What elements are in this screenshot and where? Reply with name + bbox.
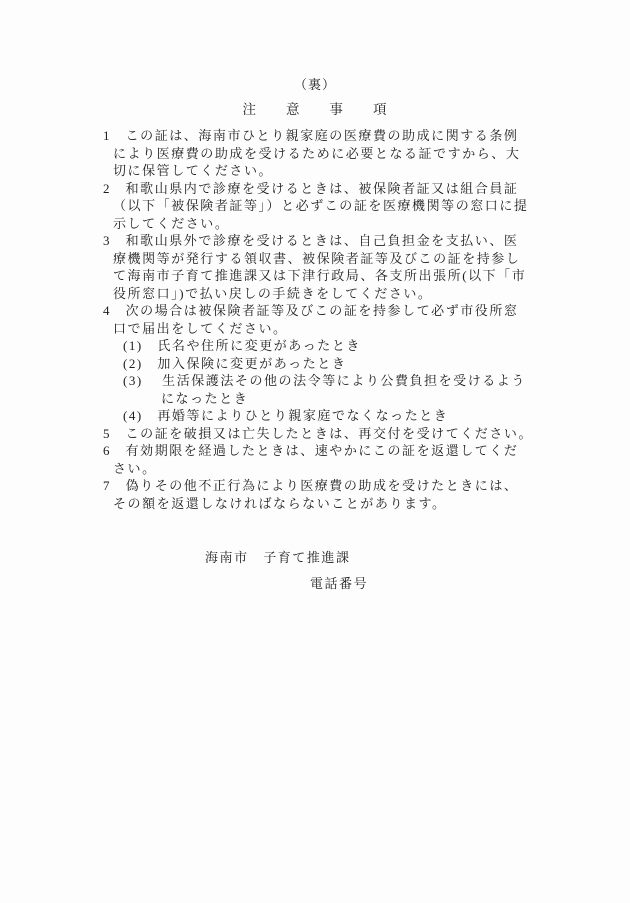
text-line: 6 有効期限を経過したときは、速やかにこの証を返還してくだ [103, 442, 573, 460]
notes-body: 1 この証は、海南市ひとり親家庭の医療費の助成に関する条例により医療費の助成を受… [103, 127, 573, 512]
text-line: 7 偽りその他不正行為により医療費の助成を受けたときには、 [103, 477, 573, 495]
document-page: （裏） 注 意 事 項 1 この証は、海南市ひとり親家庭の医療費の助成に関する条… [0, 0, 630, 903]
text-line: 役所窓口」)で払い戻しの手続きをしてください。 [113, 285, 573, 303]
text-line: 示してください。 [113, 215, 573, 233]
text-line: (1) 氏名や住所に変更があったとき [123, 337, 573, 355]
text-line: 2 和歌山県内で診療を受けるときは、被保険者証又は組合員証 [103, 180, 573, 198]
text-line: 1 この証は、海南市ひとり親家庭の医療費の助成に関する条例 [103, 127, 573, 145]
text-line: 切に保管してください。 [113, 162, 573, 180]
side-label: （裏） [0, 74, 630, 93]
text-line: になったとき [161, 390, 573, 408]
text-line: その額を返還しなければならないことがあります。 [113, 495, 573, 513]
text-line: 3 和歌山県外で診療を受けるときは、自己負担金を支払い、医 [103, 232, 573, 250]
text-line: 5 この証を破損又は亡失したときは、再交付を受けてください。 [103, 425, 573, 443]
text-line: (3) 生活保護法その他の法令等により公費負担を受けるよう [123, 372, 573, 390]
text-line: （以下「被保険者証等」）と必ずこの証を医療機関等の窓口に提 [113, 197, 573, 215]
text-line: (4) 再婚等によりひとり親家庭でなくなったとき [123, 407, 573, 425]
page-title: 注 意 事 項 [0, 98, 630, 118]
text-line: (2) 加入保険に変更があったとき [123, 355, 573, 373]
text-line: 4 次の場合は被保険者証等及びこの証を持参して必ず市役所窓 [103, 302, 573, 320]
footer-office-name: 海南市 子育て推進課 [205, 547, 351, 566]
text-line: により医療費の助成を受けるために必要となる証ですから、大 [113, 145, 573, 163]
text-line: 療機関等が発行する領収書、被保険者証等及びこの証を持参し [113, 250, 573, 268]
footer-phone-label: 電話番号 [310, 573, 368, 592]
text-line: 口で届出をしてください。 [113, 320, 573, 338]
text-line: さい。 [113, 460, 573, 478]
text-line: て海南市子育て推進課又は下津行政局、各支所出張所(以下「市 [113, 267, 573, 285]
